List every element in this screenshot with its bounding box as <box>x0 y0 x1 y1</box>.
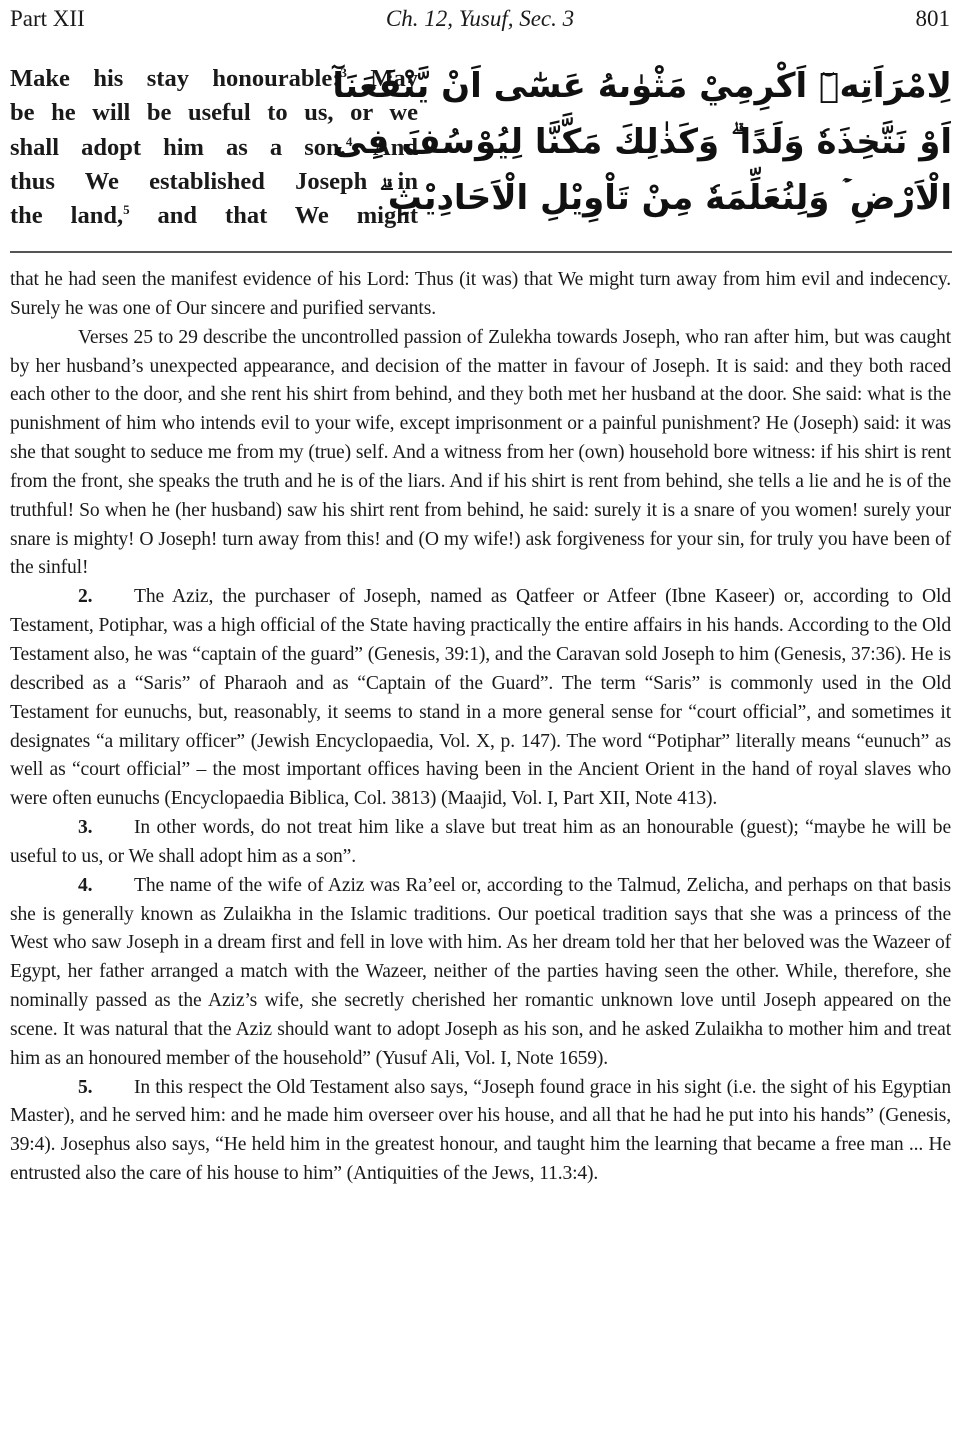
arabic-line: لِامْرَاَتِهٖٓ اَكْرِمِيْ مَثْوٰىهُ عَسٰ… <box>446 58 952 114</box>
footnote-3: 3.In other words, do not treat him like … <box>10 814 951 872</box>
footnote-number: 4. <box>78 872 134 901</box>
running-header: Part XII Ch. 12, Yusuf, Sec. 3 801 <box>10 2 950 36</box>
verse-line: the land,5 and that We might <box>10 199 418 233</box>
arabic-line: اَوْ نَتَّخِذَهٗ وَلَدًا ۗ وَكَذٰلِكَ مَ… <box>446 114 952 170</box>
verse-line: thus We established Joseph in <box>10 165 418 199</box>
footnote-5: 5.In this respect the Old Testament also… <box>10 1074 951 1189</box>
footnote-text: In this respect the Old Testament also s… <box>10 1077 951 1185</box>
section-divider <box>10 251 952 253</box>
footnote-number: 5. <box>78 1074 134 1103</box>
commentary-body: that he had seen the manifest evidence o… <box>10 266 951 1189</box>
verse-arabic-text: لِامْرَاَتِهٖٓ اَكْرِمِيْ مَثْوٰىهُ عَسٰ… <box>446 58 952 226</box>
footnote-text: In other words, do not treat him like a … <box>10 817 951 867</box>
arabic-line: الْاَرْضِ ۡ وَلِنُعَلِّمَهٗ مِنْ تَاْوِي… <box>446 170 952 226</box>
footnote-number: 2. <box>78 583 134 612</box>
commentary-paragraph: Verses 25 to 29 describe the uncontrolle… <box>10 324 951 584</box>
footnote-2: 2.The Aziz, the purchaser of Joseph, nam… <box>10 583 951 814</box>
footnote-text: The Aziz, the purchaser of Joseph, named… <box>10 586 951 809</box>
chapter-section-title: Ch. 12, Yusuf, Sec. 3 <box>10 2 950 36</box>
footnote-4: 4.The name of the wife of Aziz was Ra’ee… <box>10 872 951 1074</box>
footnote-text: The name of the wife of Aziz was Ra’eel … <box>10 875 951 1069</box>
footnote-number: 3. <box>78 814 134 843</box>
commentary-continuation: that he had seen the manifest evidence o… <box>10 266 951 324</box>
page-number: 801 <box>916 2 951 36</box>
